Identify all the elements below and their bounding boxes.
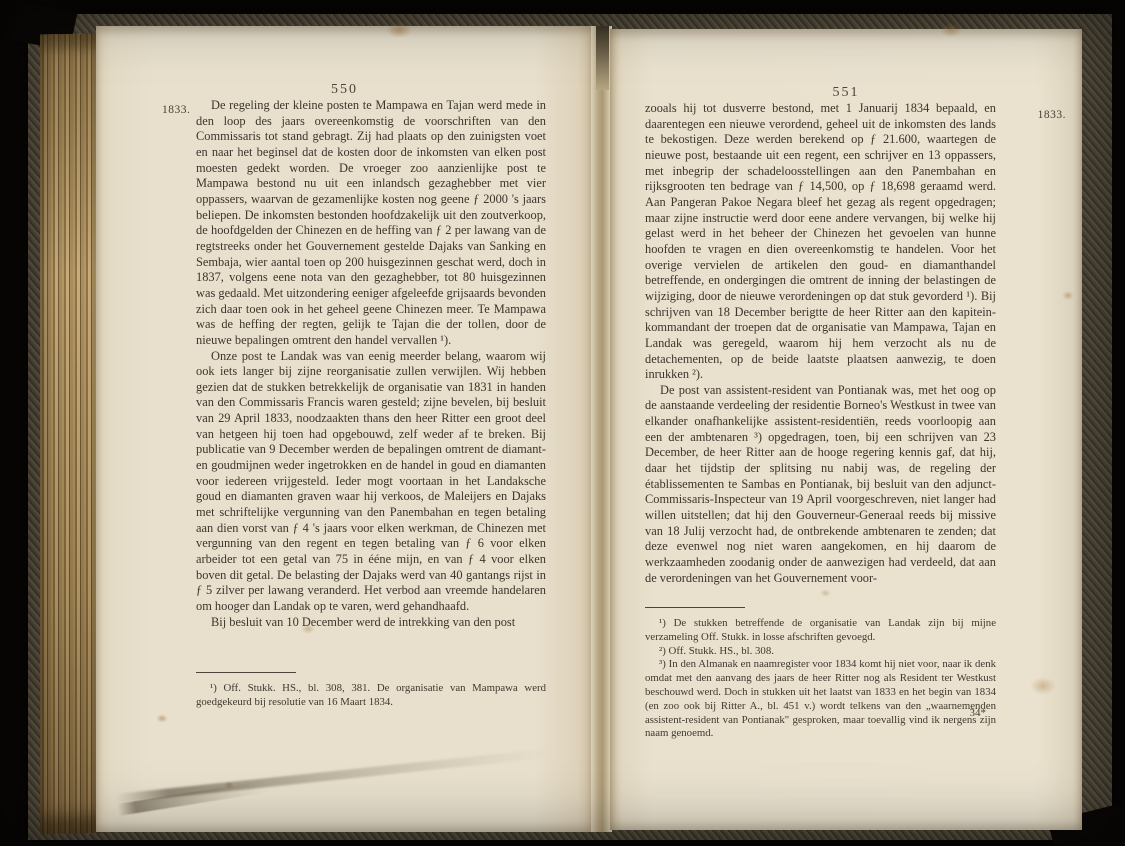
right-page: 551 1833. zooals hij tot dusverre beston… [610, 29, 1082, 830]
left-page: 550 1833. De regeling der kleine posten … [96, 26, 593, 832]
book-gutter [591, 26, 612, 832]
foxing-spot [156, 714, 168, 723]
paragraph: Onze post te Landak was van eenig meerde… [196, 349, 546, 615]
right-footnotes: ¹) De stukken betreffende de organisatie… [645, 617, 996, 741]
footnote-rule [645, 607, 745, 608]
gutter-shadow [596, 26, 609, 90]
page-edge-stack [40, 33, 102, 834]
paragraph: De post van assistent-resident van Ponti… [645, 383, 996, 587]
right-margin-year: 1833. [1038, 109, 1066, 121]
right-page-number: 551 [610, 85, 1082, 101]
pencil-smudge [117, 781, 267, 816]
paragraph: zooals hij tot dusverre bestond, met 1 J… [645, 101, 996, 383]
left-footnotes: ¹) Off. Stukk. HS., bl. 308, 381. De org… [196, 682, 546, 710]
footnote: ¹) De stukken betreffende de organisatie… [645, 617, 996, 645]
left-body-text: De regeling der kleine posten te Mampawa… [196, 98, 546, 630]
footnote: ¹) Off. Stukk. HS., bl. 308, 381. De org… [196, 682, 546, 710]
footnote: ²) Off. Stukk. HS., bl. 308. [645, 645, 996, 659]
foxing-spot [1062, 291, 1074, 300]
footnote: ³) In den Almanak en naamregister voor 1… [645, 658, 996, 741]
foxing-spot [820, 589, 831, 597]
foxing-spot [224, 781, 234, 789]
signature-mark: 34* [970, 707, 987, 719]
paragraph: De regeling der kleine posten te Mampawa… [196, 98, 546, 349]
left-page-number: 550 [96, 82, 593, 98]
left-margin-year: 1833. [162, 104, 190, 116]
footnote-rule [196, 672, 296, 673]
right-body-text: zooals hij tot dusverre bestond, met 1 J… [645, 101, 996, 586]
paragraph: Bij besluit van 10 December werd de intr… [196, 615, 546, 631]
book-scan: 550 1833. De regeling der kleine posten … [0, 0, 1125, 846]
foxing-spot [1030, 677, 1056, 695]
pencil-smudge [116, 748, 555, 803]
